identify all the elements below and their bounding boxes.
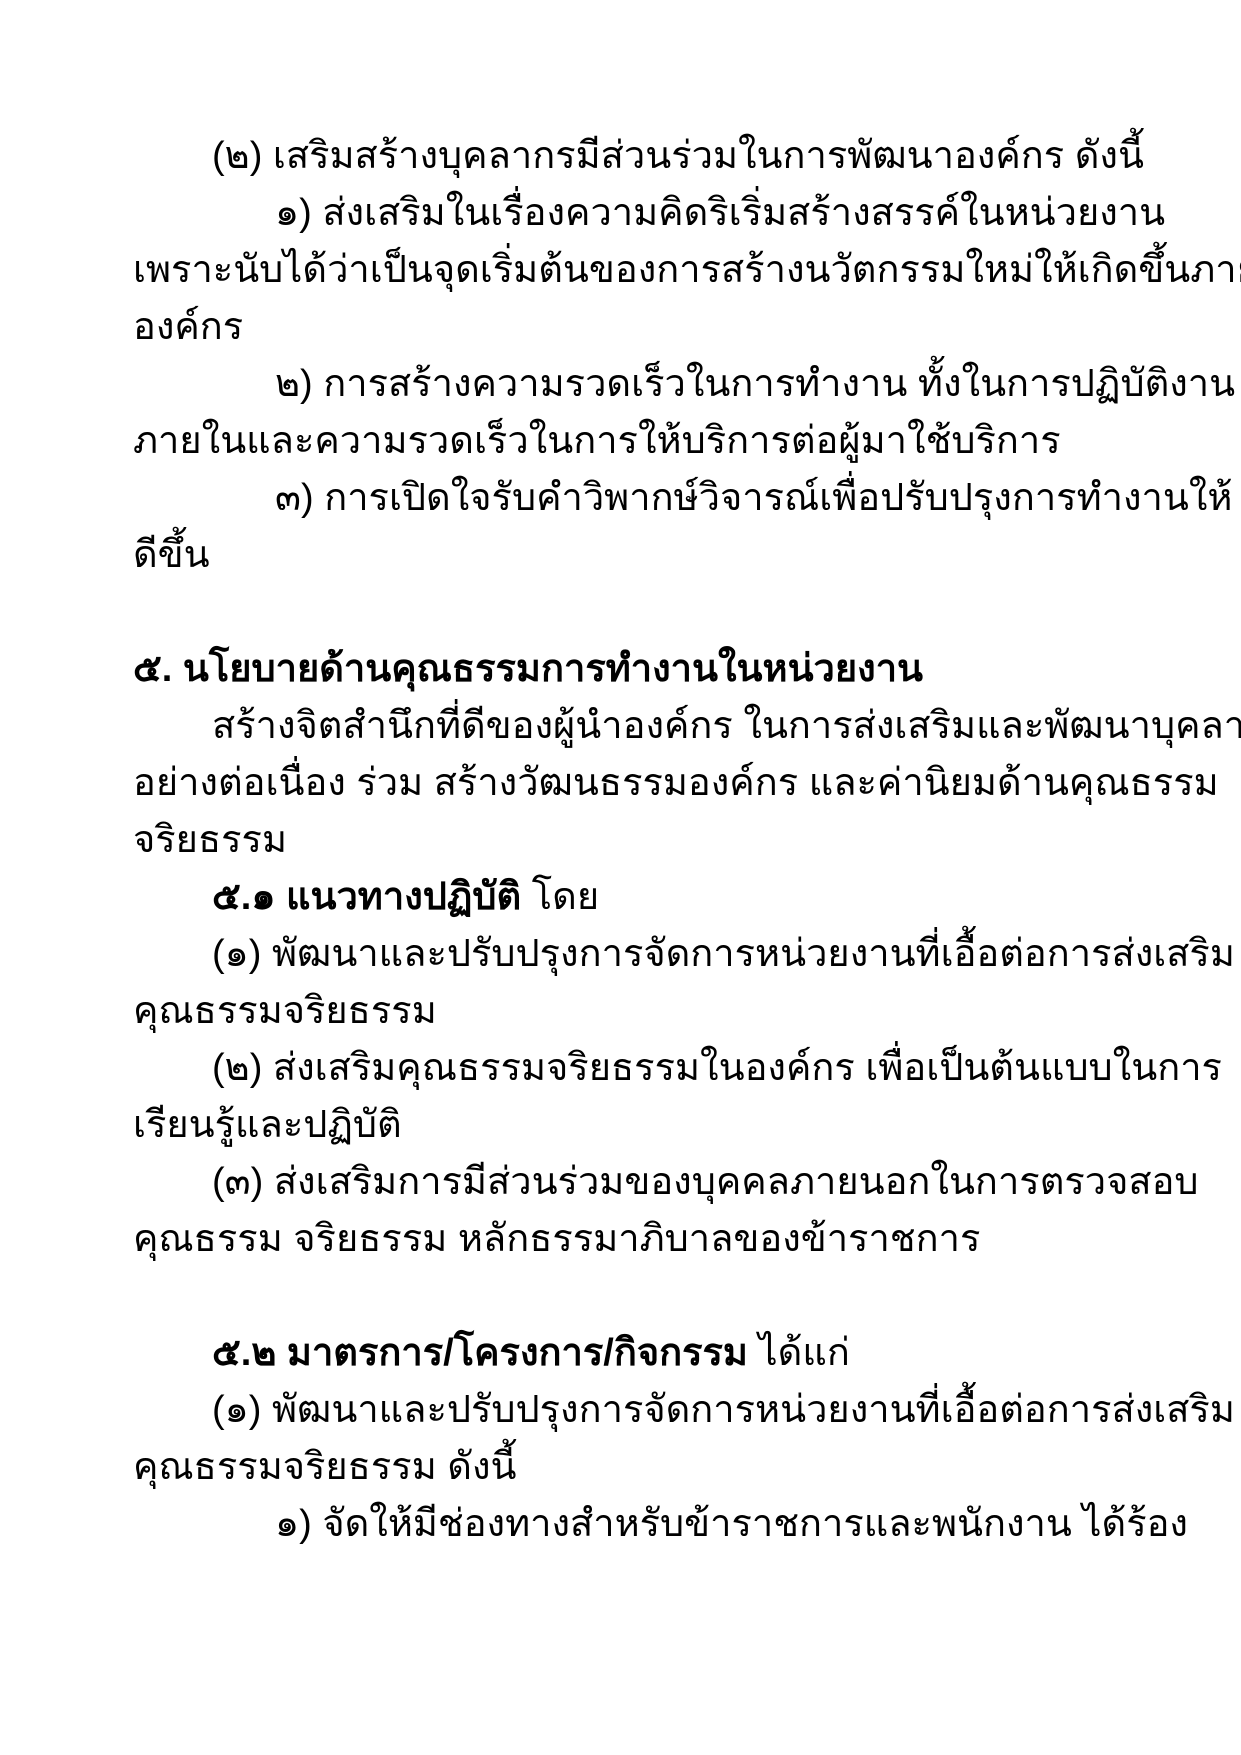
- text-line: คุณธรรม จริยธรรม หลักธรรมาภิบาลของข้าราช…: [133, 1211, 1146, 1268]
- sub-item-1: ๑) จัดให้มีช่องทางสำหรับข้าราชการและพนัก…: [133, 1496, 1146, 1553]
- text-run: จริยธรรม: [133, 819, 287, 861]
- sub-item-3: ๓) การเปิดใจรับคำวิพากษ์วิจารณ์เพื่อปรับ…: [133, 470, 1146, 527]
- text-run: ภายในและความรวดเร็วในการให้บริการต่อผู้ม…: [133, 420, 1061, 462]
- section-heading-5-2: ๕.๒ มาตรการ/โครงการ/กิจกรรม ได้แก่: [133, 1325, 1146, 1382]
- paragraph-line: สร้างจิตสำนึกที่ดีของผู้นำองค์กร ในการส่…: [133, 698, 1146, 755]
- text-run: สร้างจิตสำนึกที่ดีของผู้นำองค์กร ในการส่…: [212, 705, 1241, 747]
- text-run: (๓) ส่งเสริมการมีส่วนร่วมของบุคคลภายนอกใ…: [212, 1161, 1199, 1203]
- blank-line: [133, 1268, 1146, 1325]
- list-item-1: (๑) พัฒนาและปรับปรุงการจัดการหน่วยงานที่…: [133, 926, 1146, 983]
- heading-text: ๕.๒ มาตรการ/โครงการ/กิจกรรม: [212, 1332, 748, 1374]
- text-line: คุณธรรมจริยธรรม: [133, 983, 1146, 1040]
- text-run: ๑) จัดให้มีช่องทางสำหรับข้าราชการและพนัก…: [275, 1503, 1188, 1545]
- sub-item-2: ๒) การสร้างความรวดเร็วในการทำงาน ทั้งในก…: [133, 356, 1146, 413]
- section-heading-5: ๕. นโยบายด้านคุณธรรมการทำงานในหน่วยงาน: [133, 641, 1146, 698]
- heading-text: ๕.๑ แนวทางปฏิบัติ: [212, 876, 521, 918]
- list-item-3: (๓) ส่งเสริมการมีส่วนร่วมของบุคคลภายนอกใ…: [133, 1154, 1146, 1211]
- text-run: คุณธรรมจริยธรรม ดังนี้: [133, 1446, 517, 1488]
- paragraph-line: จริยธรรม: [133, 812, 1146, 869]
- blank-line: [133, 584, 1146, 641]
- list-item-1: (๑) พัฒนาและปรับปรุงการจัดการหน่วยงานที่…: [133, 1382, 1146, 1439]
- text-run: (๒) เสริมสร้างบุคลากรมีส่วนร่วมในการพัฒน…: [212, 135, 1144, 177]
- text-run: ได้แก่: [748, 1332, 850, 1374]
- section-heading-5-1: ๕.๑ แนวทางปฏิบัติ โดย: [133, 869, 1146, 926]
- heading-text: ๕. นโยบายด้านคุณธรรมการทำงานในหน่วยงาน: [133, 648, 923, 690]
- list-item-2-lead: (๒) เสริมสร้างบุคลากรมีส่วนร่วมในการพัฒน…: [133, 128, 1146, 185]
- text-run: (๑) พัฒนาและปรับปรุงการจัดการหน่วยงานที่…: [212, 933, 1235, 975]
- text-line: เรียนรู้และปฏิบัติ: [133, 1097, 1146, 1154]
- text-run: คุณธรรม จริยธรรม หลักธรรมาภิบาลของข้าราช…: [133, 1218, 980, 1260]
- text-line: เพราะนับได้ว่าเป็นจุดเริ่มต้นของการสร้าง…: [133, 242, 1146, 299]
- text-run: ดีขึ้น: [133, 534, 210, 576]
- text-run: องค์กร: [133, 306, 243, 348]
- document-page: (๒) เสริมสร้างบุคลากรมีส่วนร่วมในการพัฒน…: [0, 0, 1241, 1755]
- text-run: เพราะนับได้ว่าเป็นจุดเริ่มต้นของการสร้าง…: [133, 249, 1241, 291]
- text-run: (๒) ส่งเสริมคุณธรรมจริยธรรมในองค์กร เพื่…: [212, 1047, 1222, 1089]
- text-run: คุณธรรมจริยธรรม: [133, 990, 437, 1032]
- text-run: ๑) ส่งเสริมในเรื่องความคิดริเริ่มสร้างสร…: [275, 192, 1165, 234]
- paragraph-line: อย่างต่อเนื่อง ร่วม สร้างวัฒนธรรมองค์กร …: [133, 755, 1146, 812]
- text-run: ๓) การเปิดใจรับคำวิพากษ์วิจารณ์เพื่อปรับ…: [275, 477, 1232, 519]
- document-body: (๒) เสริมสร้างบุคลากรมีส่วนร่วมในการพัฒน…: [0, 0, 1241, 1553]
- text-line: ดีขึ้น: [133, 527, 1146, 584]
- list-item-2: (๒) ส่งเสริมคุณธรรมจริยธรรมในองค์กร เพื่…: [133, 1040, 1146, 1097]
- text-run: โดย: [521, 876, 599, 918]
- text-line: องค์กร: [133, 299, 1146, 356]
- sub-item-1: ๑) ส่งเสริมในเรื่องความคิดริเริ่มสร้างสร…: [133, 185, 1146, 242]
- text-run: (๑) พัฒนาและปรับปรุงการจัดการหน่วยงานที่…: [212, 1389, 1235, 1431]
- text-line: ภายในและความรวดเร็วในการให้บริการต่อผู้ม…: [133, 413, 1146, 470]
- text-line: คุณธรรมจริยธรรม ดังนี้: [133, 1439, 1146, 1496]
- text-run: ๒) การสร้างความรวดเร็วในการทำงาน ทั้งในก…: [275, 363, 1235, 405]
- text-run: เรียนรู้และปฏิบัติ: [133, 1104, 402, 1146]
- text-run: อย่างต่อเนื่อง ร่วม สร้างวัฒนธรรมองค์กร …: [133, 762, 1219, 804]
